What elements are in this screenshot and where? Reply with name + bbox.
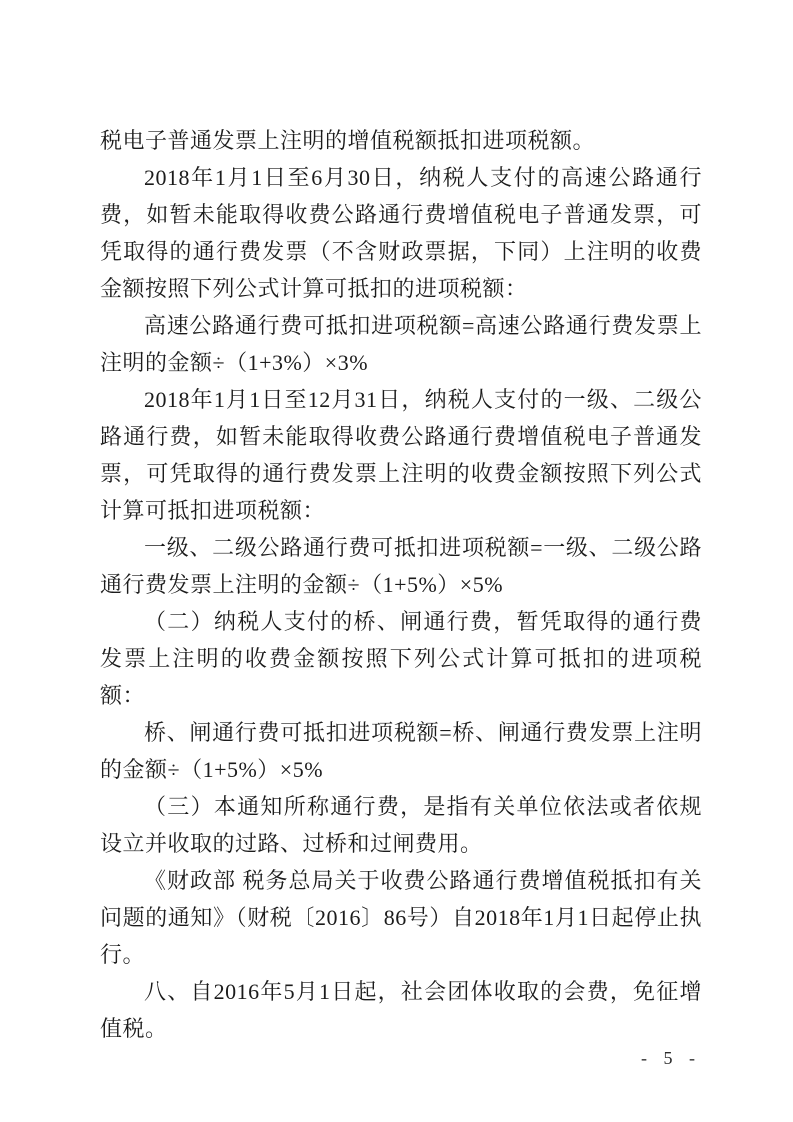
page-number: - 5 - — [641, 1048, 701, 1069]
document-body: 税电子普通发票上注明的增值税额抵扣进项税额。 2018年1月1日至6月30日，纳… — [100, 122, 702, 1047]
paragraph-formula: 一级、二级公路通行费可抵扣进项税额=一级、二级公路通行费发票上注明的金额÷（1+… — [100, 529, 702, 603]
paragraph: （三）本通知所称通行费，是指有关单位依法或者依规设立并收取的过路、过桥和过闸费用… — [100, 788, 702, 862]
paragraph: （二）纳税人支付的桥、闸通行费，暂凭取得的通行费发票上注明的收费金额按照下列公式… — [100, 603, 702, 714]
paragraph-formula: 高速公路通行费可抵扣进项税额=高速公路通行费发票上注明的金额÷（1+3%）×3% — [100, 307, 702, 381]
paragraph: 2018年1月1日至6月30日，纳税人支付的高速公路通行费，如暂未能取得收费公路… — [100, 159, 702, 307]
paragraph-formula: 桥、闸通行费可抵扣进项税额=桥、闸通行费发票上注明的金额÷（1+5%）×5% — [100, 714, 702, 788]
document-page: 税电子普通发票上注明的增值税额抵扣进项税额。 2018年1月1日至6月30日，纳… — [0, 0, 793, 1122]
paragraph: 税电子普通发票上注明的增值税额抵扣进项税额。 — [100, 122, 702, 159]
paragraph: 2018年1月1日至12月31日，纳税人支付的一级、二级公路通行费，如暂未能取得… — [100, 381, 702, 529]
paragraph: 《财政部 税务总局关于收费公路通行费增值税抵扣有关问题的通知》（财税〔2016〕… — [100, 862, 702, 973]
paragraph: 八、自2016年5月1日起，社会团体收取的会费，免征增值税。 — [100, 973, 702, 1047]
